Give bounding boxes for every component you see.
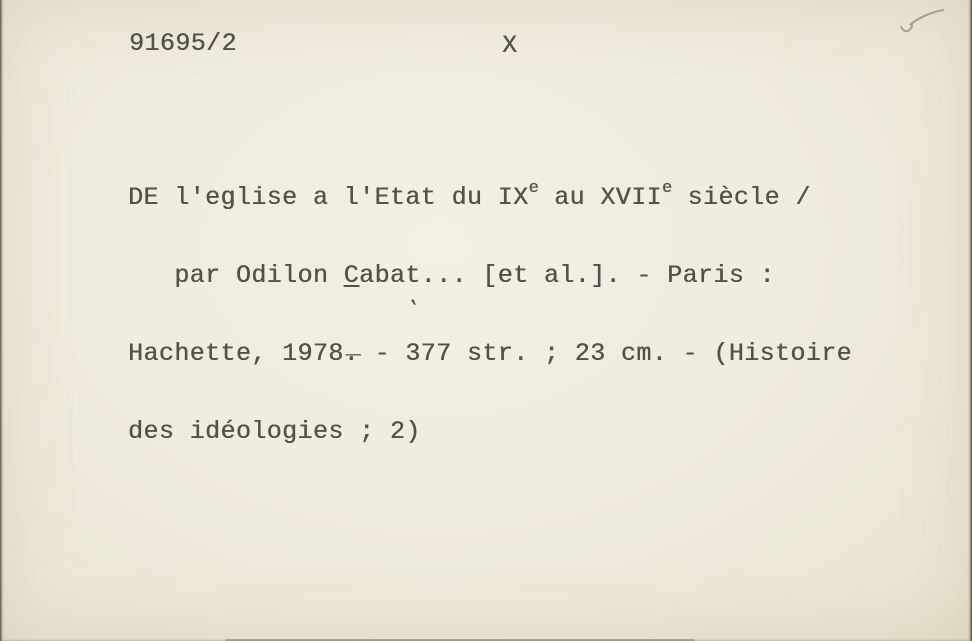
- catalog-card: 91695/2 X DE l'eglise a l'Etat du IXe au…: [0, 0, 972, 641]
- imprint-text: Hachette, 1978: [128, 339, 344, 368]
- superscript-e: e: [528, 179, 538, 198]
- superscript-e: e: [662, 179, 672, 198]
- title-text: au XVII: [539, 183, 662, 212]
- language-mark: X: [502, 33, 517, 59]
- pencil-checkmark-icon: [897, 7, 951, 39]
- imprint-line: Hachette, 1978¯. - 377 str. ; 23 cm. - (…: [128, 341, 852, 367]
- card-left-edge-shadow: [0, 0, 4, 641]
- title-text: siècle /: [672, 183, 811, 212]
- title-line: DE l'eglise a l'Etat du IXe au XVIIe siè…: [128, 185, 852, 211]
- author-text: abat... [et al.]. - Paris :: [359, 261, 775, 290]
- author-text: par Odilon: [128, 261, 344, 290]
- card-right-edge-shadow: [968, 0, 972, 641]
- underlined-letter: C: [344, 261, 359, 290]
- imprint-text: . - 377 str. ; 23 cm. - (Histoire: [344, 339, 852, 368]
- bibliographic-entry: DE l'eglise a l'Etat du IXe au XVIIe siè…: [128, 133, 852, 497]
- author-line: par Odilon Cabat... [et al.]. - Paris :: [128, 263, 852, 289]
- call-number: 91695/2: [129, 31, 237, 57]
- title-text: DE l'eglise a l'Etat du IX: [128, 183, 528, 212]
- series-line: des idéologies ; 2): [128, 419, 852, 445]
